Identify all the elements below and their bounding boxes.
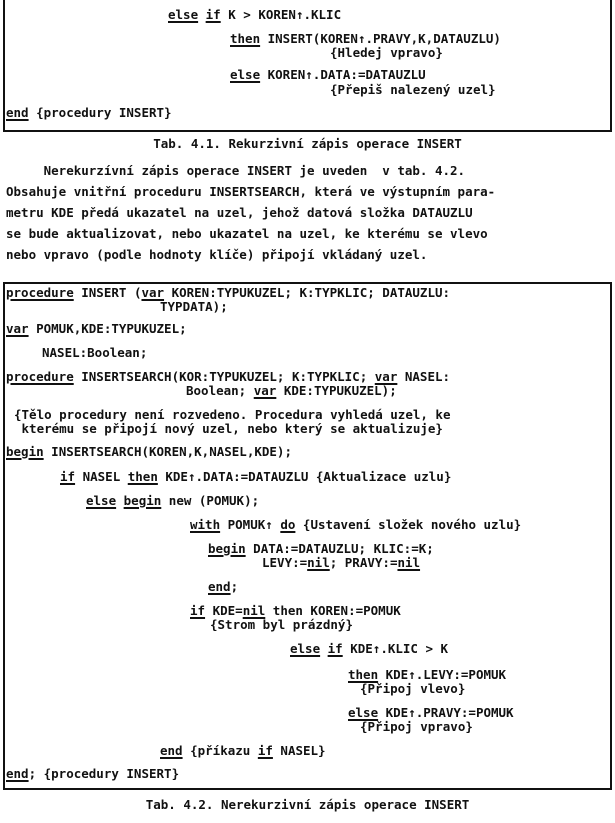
code-comment: {Hledej vpravo} (330, 46, 443, 60)
code-line: end {procedury INSERT} (6, 106, 172, 120)
code-line: else KOREN↑.DATA:=DATAUZLU (230, 68, 426, 82)
table-4-2-caption: Tab. 4.2. Nerekurzivní zápis operace INS… (0, 797, 615, 812)
code-comment: {Přepiš nalezený uzel} (330, 83, 496, 97)
code-line: then INSERT(KOREN↑.PRAVY,K,DATAUZLU) (230, 32, 501, 46)
table-4-1-caption: Tab. 4.1. Rekurzivní zápis operace INSER… (0, 136, 615, 151)
code-line: else if K > KOREN↑.KLIC (168, 8, 341, 22)
